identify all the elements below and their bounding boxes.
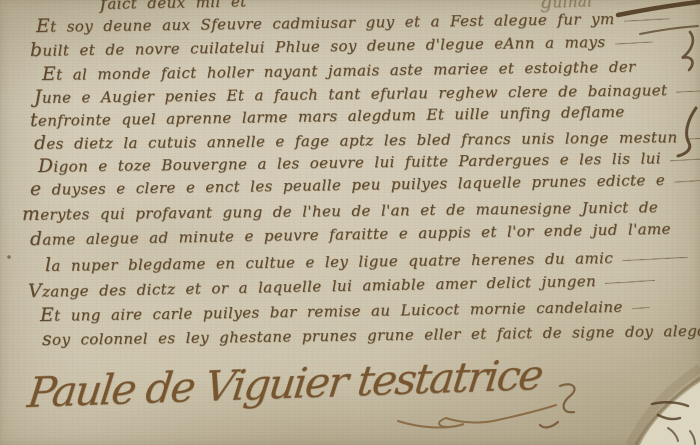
line-filler-stroke (624, 18, 670, 21)
manuscript-line: faict deux mil et (100, 0, 247, 14)
manuscript-line-text: dame alegue ad minute e peuvre faraitte … (30, 220, 671, 249)
line-filler-stroke (674, 179, 700, 182)
line-filler-stroke (670, 157, 700, 161)
line-filler-stroke (686, 137, 700, 139)
line-filler-stroke (605, 280, 655, 284)
line-filler-stroke (676, 90, 700, 93)
manuscript-line-text: built et de novre cuilatelui Phlue soy d… (30, 33, 606, 60)
page-curl (630, 368, 700, 445)
line-filler-stroke (632, 307, 650, 309)
signature: Paule de Viguier testatrice (25, 350, 545, 417)
signature-underline-flourish (398, 405, 556, 428)
line-filler-stroke (614, 41, 652, 44)
manuscript-line-text: Et ung aire carle puilyes bar remise au … (40, 298, 623, 325)
manuscript-line-text: soy colonnel es ley ghestane prunes grun… (42, 321, 700, 349)
manuscript-line-text: faict deux mil et (100, 0, 247, 13)
paraphe-flourish (540, 384, 575, 427)
manuscript-page: faict deux mil etguinalEt soy deune aux … (0, 0, 700, 445)
line-filler-stroke (622, 256, 688, 260)
